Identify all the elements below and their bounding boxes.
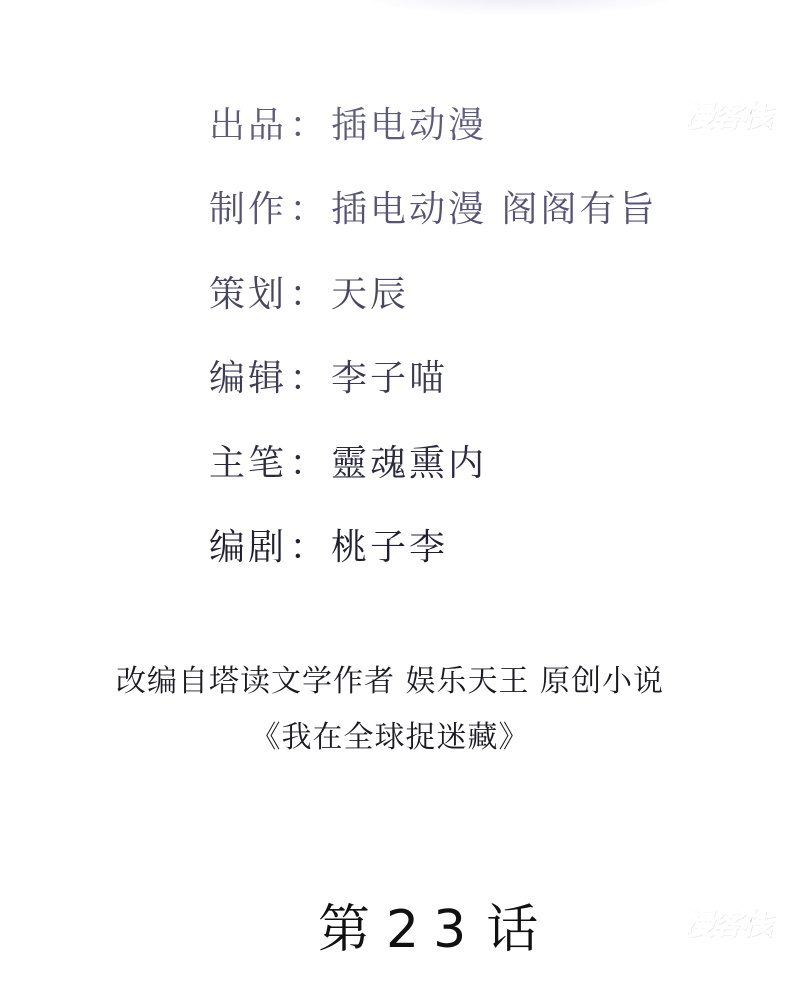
watermark-logo-bottom: 漫客栈 [668,900,786,942]
chapter-suffix: 话 [486,900,540,960]
top-decorative-glow [360,0,680,15]
adaptation-source-text: 改编自塔读文学作者 娱乐天王 原创小说 [0,656,790,700]
credit-name: 插电动漫 阁阁有旨 [331,181,657,232]
chapter-number: 23 [372,900,486,960]
credit-name: 李子喵 [331,350,448,401]
novel-title: 《我在全球捉迷藏》 [0,712,790,756]
chapter-title: 第23话 [318,887,540,962]
credit-lead-artist: 主笔 ： 靈魂熏内 [209,418,657,503]
credit-separator: ： [287,350,331,401]
credit-editor: 编辑 ： 李子喵 [209,334,657,419]
credit-separator: ： [287,97,331,148]
credit-screenwriter: 编剧 ： 桃子李 [209,503,657,588]
credits-list: 出品 ： 插电动漫 制作 ： 插电动漫 阁阁有旨 策划 ： 天辰 编辑 ： 李子… [209,80,657,587]
credit-name: 插电动漫 [331,97,487,148]
credit-name: 靈魂熏内 [331,435,487,486]
watermark-logo-top: 漫客栈 [668,92,786,134]
credit-role: 出品 [209,97,287,148]
credit-role: 策划 [209,266,287,317]
credit-role: 编剧 [209,519,287,570]
credit-role: 主笔 [209,435,287,486]
credit-production: 制作 ： 插电动漫 阁阁有旨 [209,165,657,250]
chapter-prefix: 第 [318,900,372,960]
credit-separator: ： [287,519,331,570]
credit-separator: ： [287,266,331,317]
credit-role: 制作 [209,181,287,232]
credit-producer: 出品 ： 插电动漫 [209,80,657,165]
credit-separator: ： [287,181,331,232]
credit-name: 天辰 [331,266,409,317]
credit-name: 桃子李 [331,519,448,570]
credit-role: 编辑 [209,350,287,401]
credit-separator: ： [287,435,331,486]
credit-planner: 策划 ： 天辰 [209,249,657,334]
